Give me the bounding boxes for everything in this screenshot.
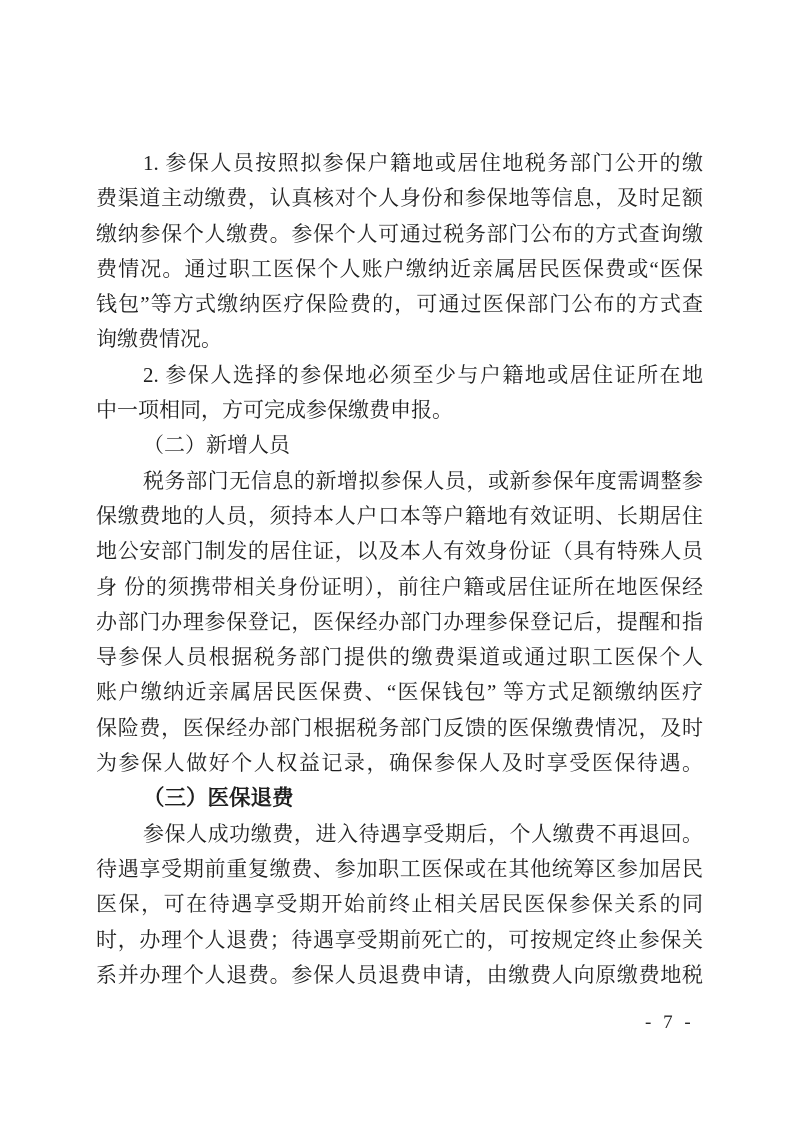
body-text-line: 缴纳参保个人缴费。参保个人可通过税务部门公布的方式查询缴 [96,217,703,252]
body-text-line: 参保人成功缴费，进入待遇享受期后，个人缴费不再退回。 [96,817,703,852]
body-text-line: 为参保人做好个人权益记录，确保参保人及时享受医保待遇。 [96,746,703,781]
body-text-line: 账户缴纳近亲属居民医保费、“医保钱包” 等方式足额缴纳医疗 [96,675,703,710]
body-text-line: 系并办理个人退费。参保人员退费申请，由缴费人向原缴费地税 [96,958,703,993]
body-text-line: 身 份的须携带相关身份证明），前往户籍或居住证所在地医保经 [96,570,703,605]
document-body: 1. 参保人员按照拟参保户籍地或居住地税务部门公开的缴费渠道主动缴费，认真核对个… [96,146,703,993]
body-text-line: 费渠道主动缴费，认真核对个人身份和参保地等信息，及时足额 [96,181,703,216]
body-text-line: 1. 参保人员按照拟参保户籍地或居住地税务部门公开的缴 [96,146,703,181]
body-text-line: 办部门办理参保登记，医保经办部门办理参保登记后，提醒和指 [96,605,703,640]
body-text-line: 费情况。通过职工医保个人账户缴纳近亲属居民医保费或“医保 [96,252,703,287]
body-text-line: 时，办理个人退费；待遇享受期前死亡的，可按规定终止参保关 [96,923,703,958]
body-text-line: 导参保人员根据税务部门提供的缴费渠道或通过职工医保个人 [96,640,703,675]
section-heading-bold: （三）医保退费 [96,781,703,816]
body-text-line: 询缴费情况。 [96,322,703,357]
section-heading: （二）新增人员 [96,428,703,463]
body-text-line: 2. 参保人选择的参保地必须至少与户籍地或居住证所在地 [96,358,703,393]
body-text-line: 中一项相同，方可完成参保缴费申报。 [96,393,703,428]
body-text-line: 税务部门无信息的新增拟参保人员，或新参保年度需调整参 [96,464,703,499]
page-number: - 7 - [645,1012,691,1034]
body-text-line: 待遇享受期前重复缴费、参加职工医保或在其他统筹区参加居民 [96,852,703,887]
body-text-line: 保险费，医保经办部门根据税务部门反馈的医保缴费情况，及时 [96,711,703,746]
body-text-line: 地公安部门制发的居住证，以及本人有效身份证（具有特殊人员 [96,534,703,569]
body-text-line: 钱包”等方式缴纳医疗保险费的，可通过医保部门公布的方式查 [96,287,703,322]
body-text-line: 医保，可在待遇享受期开始前终止相关居民医保参保关系的同 [96,887,703,922]
body-text-line: 保缴费地的人员，须持本人户口本等户籍地有效证明、长期居住 [96,499,703,534]
document-page: 1. 参保人员按照拟参保户籍地或居住地税务部门公开的缴费渠道主动缴费，认真核对个… [0,0,793,1122]
